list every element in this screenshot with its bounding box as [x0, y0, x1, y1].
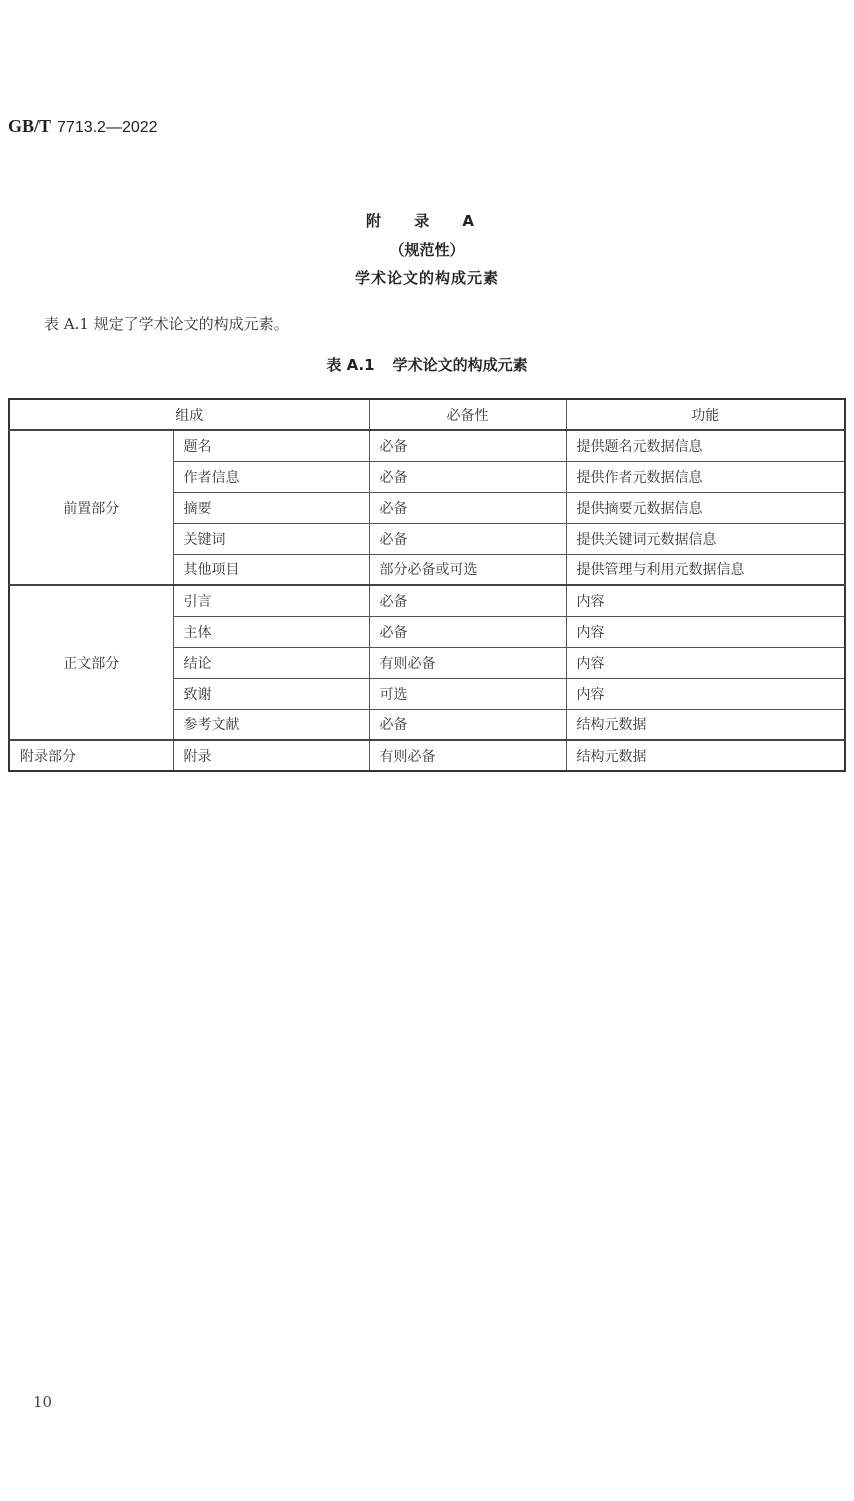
necessity-cell: 必备: [369, 430, 566, 461]
header-necessity: 必备性: [369, 399, 566, 430]
function-cell: 提供摘要元数据信息: [566, 492, 845, 523]
element-cell: 关键词: [173, 523, 369, 554]
necessity-cell: 必备: [369, 616, 566, 647]
standard-code: GB/T: [8, 116, 51, 136]
necessity-cell: 必备: [369, 461, 566, 492]
table-title: 学术论文的构成元素: [393, 356, 528, 374]
element-cell: 题名: [173, 430, 369, 461]
function-cell: 结构元数据: [566, 709, 845, 740]
element-cell: 引言: [173, 585, 369, 616]
function-cell: 结构元数据: [566, 740, 845, 771]
element-cell: 附录: [173, 740, 369, 771]
necessity-cell: 必备: [369, 709, 566, 740]
function-cell: 内容: [566, 678, 845, 709]
table-row: 前置部分 题名 必备 提供题名元数据信息: [9, 430, 845, 461]
element-cell: 主体: [173, 616, 369, 647]
table-header-row: 组成 必备性 功能: [9, 399, 845, 430]
table-row: 附录部分 附录 有则必备 结构元数据: [9, 740, 845, 771]
element-cell: 摘要: [173, 492, 369, 523]
necessity-cell: 有则必备: [369, 647, 566, 678]
table-row: 正文部分 引言 必备 内容: [9, 585, 845, 616]
element-cell: 其他项目: [173, 554, 369, 585]
necessity-cell: 必备: [369, 585, 566, 616]
element-cell: 结论: [173, 647, 369, 678]
intro-paragraph: 表 A.1 规定了学术论文的构成元素。: [44, 313, 289, 334]
composition-table: 组成 必备性 功能 前置部分 题名 必备 提供题名元数据信息 作者信息 必备 提…: [8, 398, 846, 772]
function-cell: 内容: [566, 616, 845, 647]
appendix-title: 附 录 A: [0, 210, 854, 231]
function-cell: 内容: [566, 647, 845, 678]
page-number: 10: [33, 1393, 52, 1411]
function-cell: 内容: [566, 585, 845, 616]
function-cell: 提供作者元数据信息: [566, 461, 845, 492]
group-cell: 正文部分: [9, 585, 173, 740]
function-cell: 提供题名元数据信息: [566, 430, 845, 461]
element-cell: 致谢: [173, 678, 369, 709]
element-cell: 参考文献: [173, 709, 369, 740]
appendix-type: （规范性）: [0, 239, 854, 260]
necessity-cell: 必备: [369, 492, 566, 523]
necessity-cell: 有则必备: [369, 740, 566, 771]
necessity-cell: 必备: [369, 523, 566, 554]
necessity-cell: 部分必备或可选: [369, 554, 566, 585]
element-cell: 作者信息: [173, 461, 369, 492]
group-cell: 前置部分: [9, 430, 173, 585]
necessity-cell: 可选: [369, 678, 566, 709]
standard-number: GB/T7713.2—2022: [8, 116, 158, 137]
function-cell: 提供关键词元数据信息: [566, 523, 845, 554]
table-number: 表 A.1: [326, 356, 374, 374]
header-function: 功能: [566, 399, 845, 430]
function-cell: 提供管理与利用元数据信息: [566, 554, 845, 585]
appendix-subject: 学术论文的构成元素: [0, 267, 854, 288]
table-caption: 表 A.1学术论文的构成元素: [0, 354, 854, 375]
header-composition: 组成: [9, 399, 369, 430]
standard-number-value: 7713.2—2022: [57, 119, 158, 136]
group-cell: 附录部分: [9, 740, 173, 771]
